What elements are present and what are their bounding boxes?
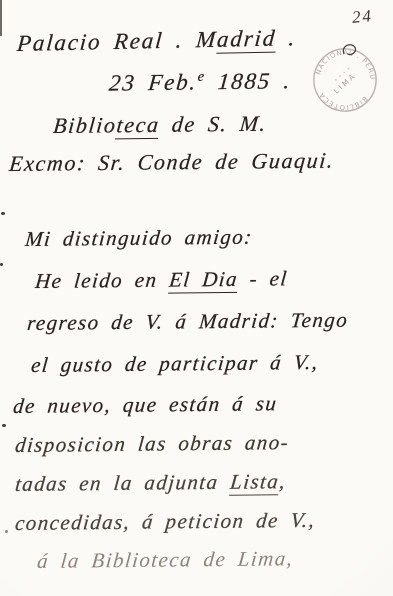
ink-speck — [0, 263, 3, 266]
library-stamp: NACIONAL . PERU BIBLIOTECA * * * * LIMA — [306, 41, 383, 120]
salutation-line: Mi distinguido amigo: — [24, 225, 254, 252]
text-segment: 23 Feb. — [108, 69, 198, 95]
body-line-4: de nuevo, que están á su — [12, 391, 279, 419]
ink-speck — [1, 212, 5, 215]
text-segment: tadas en la adjunta — [14, 470, 231, 496]
underlined-text: Lista — [229, 469, 281, 496]
heading-addressee-line: Excmo: Sr. Conde de Guaqui. — [8, 148, 336, 177]
body-line-5: disposicion las obras ano- — [14, 430, 290, 458]
ink-speck — [2, 424, 6, 427]
stamp-arc-bottom-text: BIBLIOTECA — [316, 90, 370, 114]
folio-number: 24 — [351, 6, 374, 28]
underlined-text: teca — [115, 112, 161, 139]
text-segment: , — [278, 469, 287, 493]
underlined-text: adrid — [216, 26, 277, 54]
underlined-text: El Dia — [168, 267, 239, 294]
body-line-8: á la Biblioteca de Lima, — [36, 546, 295, 574]
text-segment: - el — [237, 266, 289, 291]
heading-place-line: Palacio Real . Madrid . — [16, 25, 297, 57]
scan-edge-mark — [0, 0, 2, 36]
body-line-1: He leido en El Dia - el — [34, 266, 289, 294]
ink-speck — [5, 530, 8, 533]
text-segment: . — [275, 25, 297, 50]
text-segment: 1885 . — [204, 68, 292, 94]
heading-date-line: 23 Feb.e 1885 . — [108, 67, 293, 96]
text-segment: Biblio — [52, 112, 118, 138]
text-segment: Palacio Real . M — [16, 27, 218, 56]
body-line-3: el gusto de participar á V., — [30, 350, 320, 378]
text-segment: He leido en — [34, 268, 170, 293]
svg-text:BIBLIOTECA: BIBLIOTECA — [316, 90, 370, 114]
body-line-7: concedidas, á peticion de V., — [14, 508, 317, 536]
manuscript-page: 24 NACIONAL . PERU BIBLIOTECA * * * * LI… — [0, 0, 393, 596]
heading-institution-line: Biblioteca de S. M. — [52, 111, 268, 139]
body-line-6: tadas en la adjunta Lista, — [14, 469, 287, 497]
body-line-2: regreso de V. á Madrid: Tengo — [26, 308, 349, 336]
text-segment: de S. M. — [159, 111, 268, 137]
